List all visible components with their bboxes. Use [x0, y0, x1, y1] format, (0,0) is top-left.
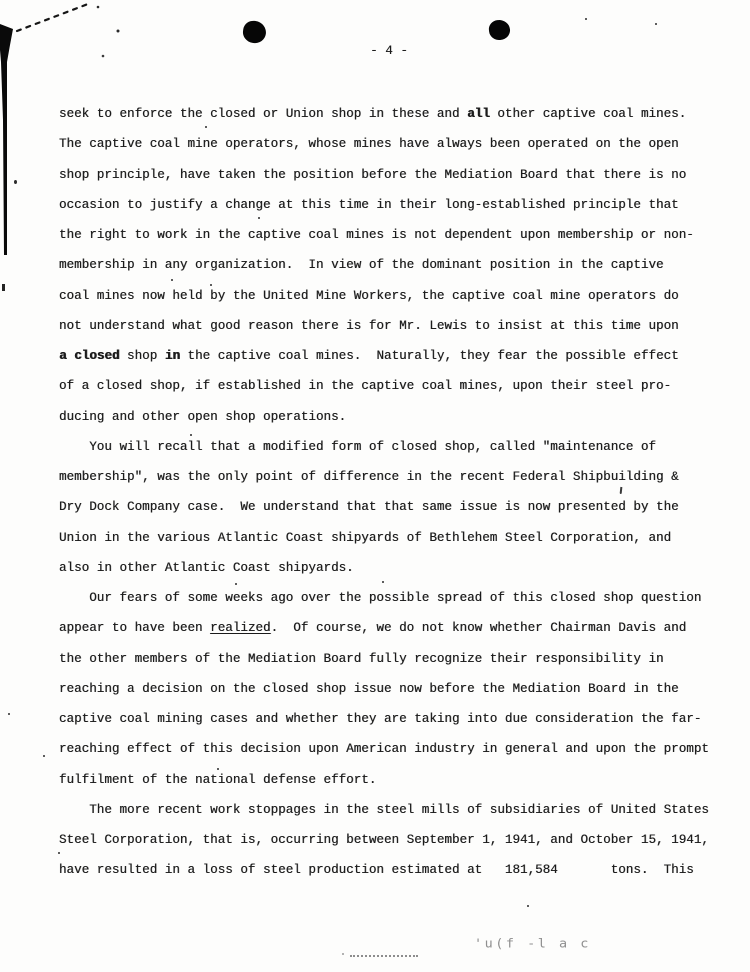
text-line: You will recall that a modified form of …: [59, 432, 731, 462]
text-line: captive coal mining cases and whether th…: [59, 704, 731, 734]
text-line: seek to enforce the closed or Union shop…: [59, 99, 731, 129]
speck: [527, 905, 529, 907]
speck: [205, 126, 207, 128]
text-line: occasion to justify a change at this tim…: [59, 190, 731, 220]
text-line: Union in the various Atlantic Coast ship…: [59, 523, 731, 553]
speck: [655, 23, 657, 25]
text-line: The captive coal mine operators, whose m…: [59, 129, 731, 159]
text-line: have resulted in a loss of steel product…: [59, 855, 731, 885]
text-line: also in other Atlantic Coast shipyards.: [59, 553, 731, 583]
text-line: Our fears of some weeks ago over the pos…: [59, 583, 731, 613]
speck: [58, 852, 60, 854]
speck: [342, 953, 344, 955]
page-number: - 4 -: [367, 44, 411, 58]
text-line: coal mines now held by the United Mine W…: [59, 281, 731, 311]
hole-punch-dot-left: [242, 20, 268, 45]
page-corner-blob: [0, 24, 13, 255]
bottom-stamp-fragment: 'u(f -l a c: [474, 937, 591, 952]
speck: [43, 755, 45, 757]
text-line: membership", was the only point of diffe…: [59, 462, 731, 492]
text-line: the right to work in the captive coal mi…: [59, 220, 731, 250]
text-line: membership in any organization. In view …: [59, 250, 731, 280]
speck: [235, 583, 237, 585]
text-line: shop principle, have taken the position …: [59, 160, 731, 190]
speck: [14, 180, 17, 184]
text-line: Dry Dock Company case. We understand tha…: [59, 492, 731, 522]
speck: [585, 18, 587, 20]
text-line: of a closed shop, if established in the …: [59, 371, 731, 401]
text-line: reaching a decision on the closed shop i…: [59, 674, 731, 704]
text-line: Steel Corporation, that is, occurring be…: [59, 825, 731, 855]
speck: [258, 217, 260, 219]
bottom-dotted-marks: [350, 955, 418, 957]
speck: [171, 279, 173, 281]
text-line: the other members of the Mediation Board…: [59, 644, 731, 674]
text-line: not understand what good reason there is…: [59, 311, 731, 341]
text-line: The more recent work stoppages in the st…: [59, 795, 731, 825]
hole-punch-dot-right: [488, 19, 511, 41]
scanned-document-page: - 4 - seek to enforce the closed or Unio…: [0, 0, 750, 972]
speck: [217, 768, 219, 770]
speck: [8, 713, 10, 715]
document-body: seek to enforce the closed or Union shop…: [59, 99, 731, 886]
text-line: a closed shop in the captive coal mines.…: [59, 341, 731, 371]
text-line: reaching effect of this decision upon Am…: [59, 734, 731, 764]
speck: [382, 581, 384, 583]
speck: [190, 434, 192, 436]
text-line: appear to have been realized. Of course,…: [59, 613, 731, 643]
crease-dashed-line: [17, 4, 88, 31]
text-line: fulfilment of the national defense effor…: [59, 765, 731, 795]
speck: [210, 284, 212, 286]
text-line: ducing and other open shop operations.: [59, 402, 731, 432]
